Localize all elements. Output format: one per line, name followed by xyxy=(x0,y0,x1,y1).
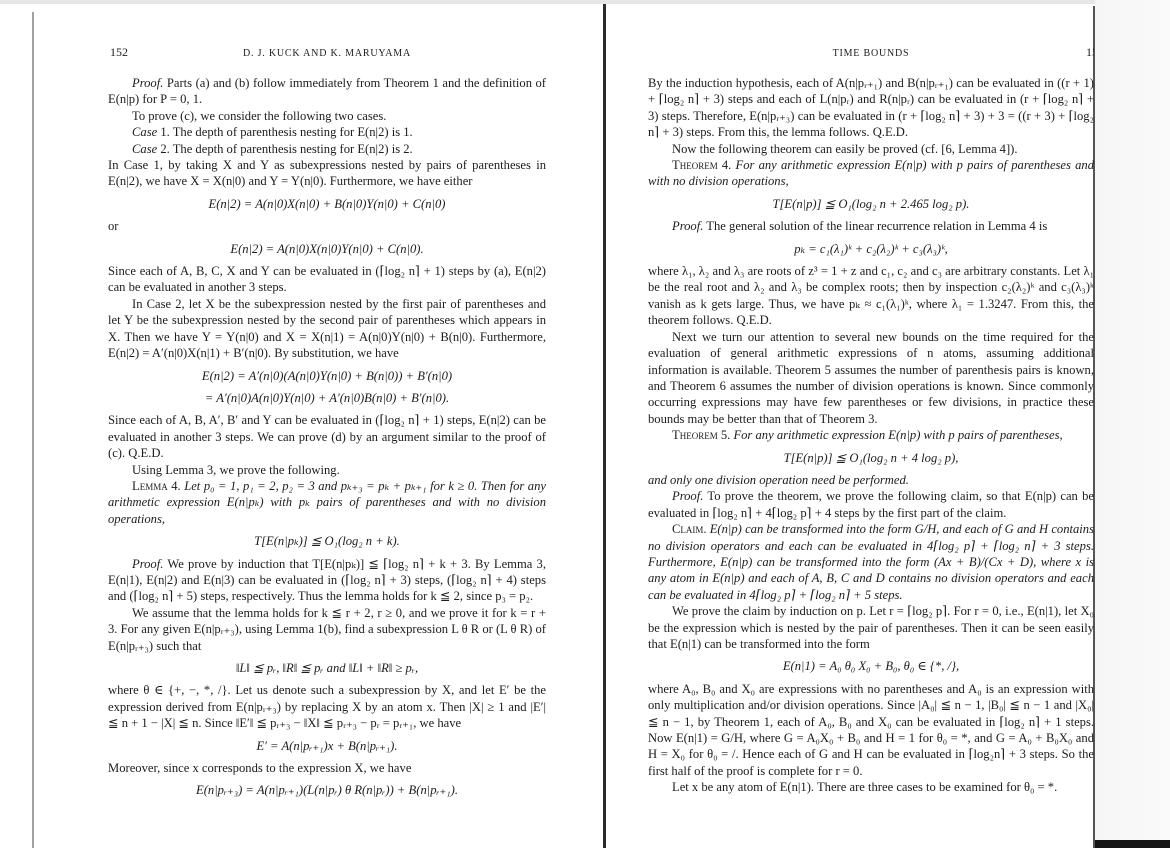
equation: E(n|2) = A′(n|0)(A(n|0)Y(n|0) + B(n|0)) … xyxy=(108,368,546,384)
running-head-title: TIME BOUNDS xyxy=(648,46,1094,62)
equation: E(n|pᵣ₊₃) = A(n|pᵣ₊₁)(L(n|pᵣ) θ R(n|pᵣ))… xyxy=(108,782,546,798)
running-header: TIME BOUNDS 15 xyxy=(648,44,1094,60)
equation: E(n|2) = A(n|0)X(n|0)Y(n|0) + C(n|0). xyxy=(108,241,546,257)
paragraph: where λ₁, λ₂ and λ₃ are roots of z³ = 1 … xyxy=(648,263,1094,329)
paragraph-text: In Case 2, let X be the subexpression ne… xyxy=(108,297,546,360)
paragraph-text: Moreover, since x corresponds to the exp… xyxy=(108,761,411,775)
paragraph-text: where A₀, B₀ and X₀ are expressions with… xyxy=(648,682,1094,778)
paragraph-text: By the induction hypothesis, each of A(n… xyxy=(648,76,1094,139)
paragraph: Theorem 4. For any arithmetic expression… xyxy=(648,157,1094,190)
paragraph-text: and only one division operation need be … xyxy=(648,473,909,487)
paragraph: where θ ∈ {+, −, *, /}. Let us denote su… xyxy=(108,682,546,731)
paragraph-text: To prove (c), we consider the following … xyxy=(132,109,386,123)
running-head-authors: D. J. KUCK AND K. MARUYAMA xyxy=(108,46,546,62)
paragraph: Let x be any atom of E(n|1). There are t… xyxy=(648,779,1094,795)
equation: E(n|2) = A(n|0)X(n|0) + B(n|0)Y(n|0) + C… xyxy=(108,196,546,212)
paragraph-lead: Case xyxy=(132,142,157,156)
paragraph-lead: Case xyxy=(132,125,157,139)
paragraph: or xyxy=(108,218,546,234)
paragraph-text: 2. The depth of parenthesis nesting for … xyxy=(157,142,413,156)
paragraph: To prove (c), we consider the following … xyxy=(108,108,546,124)
running-header: 152 D. J. KUCK AND K. MARUYAMA xyxy=(108,44,546,60)
paragraph-text: where λ₁, λ₂ and λ₃ are roots of z³ = 1 … xyxy=(648,264,1094,327)
paragraph: In Case 2, let X be the subexpression ne… xyxy=(108,296,546,362)
equation: T[E(n|p)] ≦ O₁(log₂ n + 4 log₂ p), xyxy=(648,450,1094,466)
paragraph-text: Next we turn our attention to several ne… xyxy=(648,330,1094,426)
paragraph: Claim. E(n|p) can be transformed into th… xyxy=(648,521,1094,603)
paragraph-lead: Proof. xyxy=(672,489,703,503)
paragraph-text: In Case 1, by taking X and Y as subexpre… xyxy=(108,158,546,188)
paragraph: We prove the claim by induction on p. Le… xyxy=(648,603,1094,652)
paragraph: Moreover, since x corresponds to the exp… xyxy=(108,760,546,776)
paragraph: where A₀, B₀ and X₀ are expressions with… xyxy=(648,681,1094,779)
paragraph-lead: Proof. xyxy=(132,76,163,90)
paragraph: and only one division operation need be … xyxy=(648,472,1094,488)
page-body: By the induction hypothesis, each of A(n… xyxy=(648,75,1094,796)
paragraph: In Case 1, by taking X and Y as subexpre… xyxy=(108,157,546,190)
scan-margin xyxy=(1095,0,1170,848)
paragraph: Since each of A, B, A′, B′ and Y can be … xyxy=(108,412,546,461)
paragraph-lead: Lemma 4. xyxy=(132,479,181,493)
paragraph-text: For any arithmetic expression E(n|p) wit… xyxy=(730,428,1062,442)
paragraph-text: 1. The depth of parenthesis nesting for … xyxy=(157,125,413,139)
paragraph: Proof. We prove by induction that T[E(n|… xyxy=(108,556,546,605)
paragraph-text: Since each of A, B, A′, B′ and Y can be … xyxy=(108,413,546,460)
paragraph: Proof. To prove the theorem, we prove th… xyxy=(648,488,1094,521)
equation: pₖ = c₁(λ₁)ᵏ + c₂(λ₂)ᵏ + c₃(λ₃)ᵏ, xyxy=(648,241,1094,257)
left-page-edge xyxy=(32,12,34,848)
paragraph: Proof. The general solution of the linea… xyxy=(648,218,1094,234)
paragraph: We assume that the lemma holds for k ≦ r… xyxy=(108,605,546,654)
paragraph: Case 1. The depth of parenthesis nesting… xyxy=(108,124,546,140)
equation: T[E(n|p)] ≦ O₁(log₂ n + 2.465 log₂ p). xyxy=(648,196,1094,212)
paragraph: Next we turn our attention to several ne… xyxy=(648,329,1094,427)
paragraph-text: The general solution of the linear recur… xyxy=(703,219,1047,233)
paragraph-text: We assume that the lemma holds for k ≦ r… xyxy=(108,606,546,653)
page-body: Proof. Parts (a) and (b) follow immediat… xyxy=(108,75,546,799)
equation: T[E(n|pₖ)] ≦ O₁(log₂ n + k). xyxy=(108,533,546,549)
book-gutter xyxy=(603,4,606,848)
paragraph-text: Let x be any atom of E(n|1). There are t… xyxy=(672,780,1057,794)
paragraph-lead: Proof. xyxy=(132,557,163,571)
paragraph-lead: Claim. xyxy=(672,522,707,536)
paragraph-text: Now the following theorem can easily be … xyxy=(672,142,1018,156)
equation: = A′(n|0)A(n|0)Y(n|0) + A′(n|0)B(n|0) + … xyxy=(108,390,546,406)
paragraph: By the induction hypothesis, each of A(n… xyxy=(648,75,1094,141)
paragraph: Lemma 4. Let p₀ = 1, p₁ = 2, p₂ = 3 and … xyxy=(108,478,546,527)
paragraph-lead: Proof. xyxy=(672,219,703,233)
left-page: 152 D. J. KUCK AND K. MARUYAMA Proof. Pa… xyxy=(108,44,546,805)
paragraph-text: where θ ∈ {+, −, *, /}. Let us denote su… xyxy=(108,683,546,730)
paragraph: Theorem 5. For any arithmetic expression… xyxy=(648,427,1094,443)
right-page: TIME BOUNDS 15 By the induction hypothes… xyxy=(648,44,1094,796)
paragraph-text: Using Lemma 3, we prove the following. xyxy=(132,463,340,477)
paragraph-lead: Theorem 4. xyxy=(672,158,731,172)
paragraph: Case 2. The depth of parenthesis nesting… xyxy=(108,141,546,157)
paragraph-text: We prove the claim by induction on p. Le… xyxy=(648,604,1094,651)
scan-top-band xyxy=(0,0,1170,4)
paragraph-text: Parts (a) and (b) follow immediately fro… xyxy=(108,76,546,106)
equation: ‖L‖ ≦ pᵣ, ‖R‖ ≦ pᵣ and ‖L‖ + ‖R‖ ≥ pᵣ, xyxy=(108,660,546,676)
paragraph-text: We prove by induction that T[E(n|pₖ)] ≦ … xyxy=(108,557,546,604)
paragraph-text: Since each of A, B, C, X and Y can be ev… xyxy=(108,264,546,294)
paragraph-text: or xyxy=(108,219,119,233)
paragraph-lead: Theorem 5. xyxy=(672,428,730,442)
scan-bottom-bar xyxy=(1095,840,1170,848)
equation: E(n|1) = A₀ θ₀ X₀ + B₀, θ₀ ∈ {*, /}, xyxy=(648,658,1094,674)
equation: E′ = A(n|pᵣ₊₁)x + B(n|pᵣ₊₁). xyxy=(108,738,546,754)
paragraph-text: E(n|p) can be transformed into the form … xyxy=(648,522,1094,602)
paragraph: Since each of A, B, C, X and Y can be ev… xyxy=(108,263,546,296)
page-number: 15 xyxy=(1086,44,1094,60)
paragraph-text: To prove the theorem, we prove the follo… xyxy=(648,489,1094,519)
paragraph: Using Lemma 3, we prove the following. xyxy=(108,462,546,478)
paragraph: Proof. Parts (a) and (b) follow immediat… xyxy=(108,75,546,108)
paragraph: Now the following theorem can easily be … xyxy=(648,141,1094,157)
